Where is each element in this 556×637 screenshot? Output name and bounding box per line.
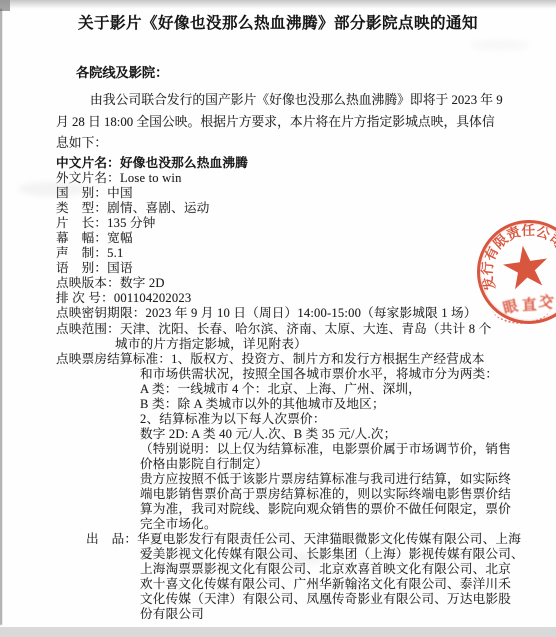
body-line: 价格由影院自行制定） — [140, 457, 536, 472]
seal-arc-char: 任 — [521, 224, 535, 238]
body-line: 声 制：5.1 — [56, 246, 536, 261]
scan-bottom-edge — [0, 627, 556, 637]
salutation: 各院线及影院： — [76, 62, 168, 81]
body-line: 出 品：华夏电影发行有限责任公司、天津猫眼微影文化传媒有限公司、上海 — [86, 532, 536, 547]
intro-line: 息如下： — [56, 133, 526, 155]
intro-line: 由我公司联合发行的国产影片《好像也没那么热血沸腾》即将于 2023 年 9 — [90, 90, 526, 112]
body-line: 欢十喜文化传媒有限公司、广州华新翰洺文化有限公司、泰洋川禾 — [140, 577, 536, 592]
body-line: 爱美影视文化传媒有限公司、长影集团（上海）影视传媒有限公司、 — [140, 547, 536, 562]
body-line: 2、结算标准为以下每人次票价： — [140, 412, 536, 427]
body-line: 幕 幅：宽幅 — [56, 231, 536, 246]
body-line: 点映版本：数字 2D — [56, 276, 536, 291]
body-line: 点映范围：天津、沈阳、长春、哈尔滨、济南、太原、大连、青岛（共计 8 个 — [56, 322, 536, 337]
body-line: 和市场供需状况，按照全国各城市票价水平，将城市分为两类： — [140, 367, 536, 382]
body-line: （特别说明：以上仅为结算标准，电影票价属于市场调节价，销售 — [140, 442, 536, 457]
body-line: 中文片名：好像也没那么热血沸腾 — [56, 156, 536, 171]
body-line: 上海淘票票影视文化有限公司、北京欢喜首映文化有限公司、北京 — [140, 562, 536, 577]
body-line: 外文片名：Lose to win — [56, 171, 536, 186]
document-page: 关于影片《好像也没那么热血沸腾》部分影院点映的通知 各院线及影院： 由我公司联合… — [0, 0, 556, 637]
scan-top-edge — [0, 0, 556, 9]
body-text: 中文片名：好像也没那么热血沸腾外文片名：Lose to win国 别：中国类 型… — [56, 156, 536, 622]
body-line: 点映票房结算标准：1、版权方、投资方、制片方和发行方根据生产经营成本 — [56, 352, 536, 367]
intro-paragraph: 由我公司联合发行的国产影片《好像也没那么热血沸腾》即将于 2023 年 9月 2… — [56, 90, 526, 155]
document-title: 关于影片《好像也没那么热血沸腾》部分影院点映的通知 — [0, 11, 556, 33]
body-line: B 类：除 A 类城市以外的其他城市及地区； — [140, 397, 536, 412]
body-line: 贵方应按照不低于该影片票房结算标准与我司进行结算，如实际终 — [140, 472, 536, 487]
seal-bottom-char: 交 — [537, 290, 555, 313]
scan-smudge — [470, 40, 530, 50]
body-line: 片 长：135 分钟 — [56, 216, 536, 231]
scan-left-edge — [0, 9, 2, 625]
body-line: 城市的片方指定影城，详见附表） — [115, 337, 536, 352]
body-line: 类 型：剧情、喜剧、运动 — [56, 201, 536, 216]
body-line: 端电影销售票价高于票房结算标准的，则以实际终端电影售票价结 — [140, 487, 536, 502]
seal-arc-char: 行 — [481, 261, 496, 276]
body-line: 份有限公司 — [140, 607, 536, 622]
body-line: 排 次 号：001104202023 — [56, 291, 536, 306]
official-seal: ★ 发行有限责任公司眼直交 — [477, 220, 556, 324]
body-line: 数字 2D: A 类 40 元/人.次、B 类 35 元/人.次； — [140, 427, 536, 442]
body-line: A 类：一线城市 4 个：北京、上海、广州、深圳， — [140, 382, 536, 397]
body-line: 国 别：中国 — [56, 186, 536, 201]
body-line: 算为准，我司对院线、影院向观众销售的票价不做任何限定，票价 — [140, 502, 536, 517]
body-line: 点映密钥期限：2023 年 9 月 10 日（周日）14:00-15:00（每家… — [56, 306, 536, 321]
body-line: 语 别：国语 — [56, 261, 536, 276]
body-line: 完全市场化。 — [140, 517, 536, 532]
body-line: 文化传媒（天津）有限公司、凤凰传奇影业有限公司、万达电影股 — [140, 592, 536, 607]
seal-bottom-char: 直 — [521, 294, 537, 316]
intro-line: 月 28 日 18:00 全国公映。根据片方要求，本片将在片方指定影城点映，具体… — [56, 112, 526, 134]
